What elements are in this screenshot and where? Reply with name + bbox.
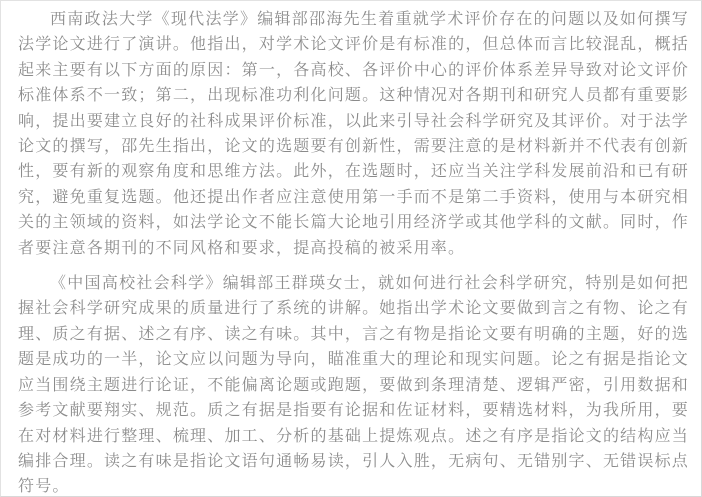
- document-text-body: 西南政法大学《现代法学》编辑部邵海先生着重就学术评价存在的问题以及如何撰写法学论…: [1, 1, 701, 496]
- paragraph-shaohai-speech: 西南政法大学《现代法学》编辑部邵海先生着重就学术评价存在的问题以及如何撰写法学论…: [18, 6, 689, 260]
- document-page: 西南政法大学《现代法学》编辑部邵海先生着重就学术评价存在的问题以及如何撰写法学论…: [0, 0, 702, 497]
- paragraph-wangqunying-speech: 《中国高校社会科学》编辑部王群瑛女士，就如何进行社会科学研究，特别是如何把握社会…: [18, 270, 689, 497]
